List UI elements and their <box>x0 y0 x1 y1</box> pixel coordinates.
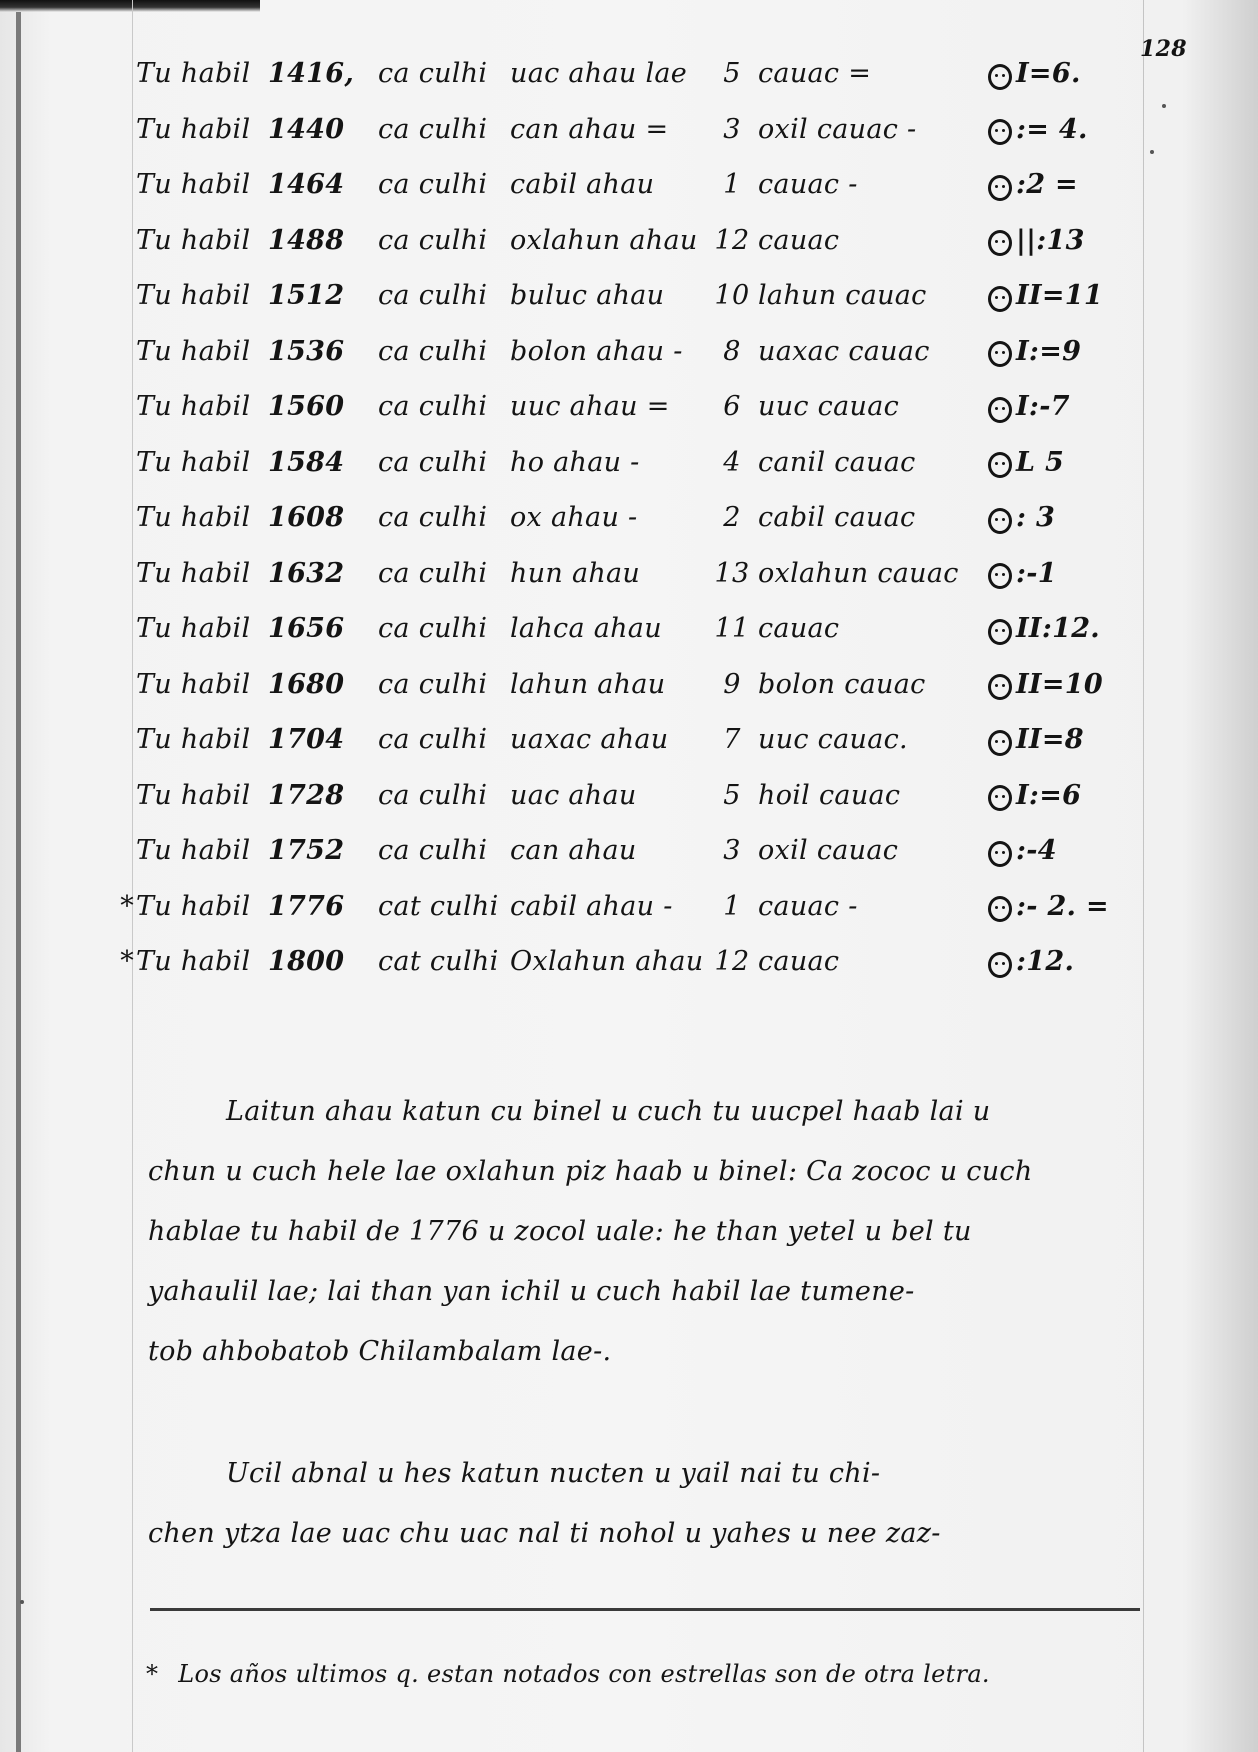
row-verb: ca culhi <box>378 280 487 311</box>
maya-day-glyph-icon <box>988 119 1012 145</box>
row-verb: ca culhi <box>378 336 487 367</box>
row-cauac: bolon cauac <box>758 669 926 700</box>
row-number: 8 <box>710 336 754 367</box>
row-label: Tu habil <box>136 558 250 589</box>
maya-day-glyph-icon <box>988 952 1012 978</box>
row-number: 3 <box>710 114 754 145</box>
table-row: Tu habil1584ca culhiho ahau -4canil caua… <box>110 447 1130 487</box>
row-verb: cat culhi <box>378 891 499 922</box>
paragraph-line: Ucil abnal u hes katun nucten u yail nai… <box>148 1444 1138 1504</box>
row-label: Tu habil <box>136 391 250 422</box>
row-number: 2 <box>710 502 754 533</box>
row-number: 12 <box>710 946 754 977</box>
glyph-notation: :12. <box>1016 946 1074 977</box>
row-ahau: uaxac ahau <box>510 724 669 755</box>
row-glyph: :-4 <box>988 835 1057 866</box>
row-glyph: :12. <box>988 946 1074 977</box>
maya-day-glyph-icon <box>988 841 1012 867</box>
row-number: 1 <box>710 169 754 200</box>
row-verb: ca culhi <box>378 780 487 811</box>
table-row: Tu habil1704ca culhiuaxac ahau7uuc cauac… <box>110 724 1130 764</box>
footnote-divider <box>150 1608 1140 1611</box>
row-label: Tu habil <box>136 502 250 533</box>
row-glyph: I:=6 <box>988 780 1081 811</box>
binding-edge <box>16 12 21 1752</box>
row-year: 1608 <box>268 502 344 533</box>
row-year: 1440 <box>268 114 344 145</box>
row-glyph: I=6. <box>988 58 1081 89</box>
row-year: 1800 <box>268 946 344 977</box>
row-ahau: can ahau = <box>510 114 668 145</box>
row-verb: ca culhi <box>378 114 487 145</box>
maya-day-glyph-icon <box>988 286 1012 312</box>
row-glyph: :- 2. = <box>988 891 1109 922</box>
row-ahau: cabil ahau <box>510 169 654 200</box>
paragraph-2: Ucil abnal u hes katun nucten u yail nai… <box>148 1444 1138 1564</box>
glyph-notation: L 5 <box>1016 447 1064 478</box>
row-number: 13 <box>710 558 754 589</box>
row-ahau: can ahau <box>510 835 637 866</box>
table-row: Tu habil1512ca culhibuluc ahau10lahun ca… <box>110 280 1130 320</box>
row-glyph: : 3 <box>988 502 1055 533</box>
paragraph-line: chen ytza lae uac chu uac nal ti nohol u… <box>148 1504 1138 1564</box>
row-ahau: ho ahau - <box>510 447 640 478</box>
row-year: 1680 <box>268 669 344 700</box>
row-glyph: := 4. <box>988 114 1088 145</box>
paragraph-1: Laitun ahau katun cu binel u cuch tu uuc… <box>148 1082 1138 1382</box>
row-glyph: I:-7 <box>988 391 1070 422</box>
row-cauac: cauac - <box>758 169 858 200</box>
row-year: 1752 <box>268 835 344 866</box>
glyph-notation: II=10 <box>1016 669 1103 700</box>
row-glyph: II:12. <box>988 613 1100 644</box>
footnote-text: Los años ultimos q. estan notados con es… <box>178 1660 990 1688</box>
glyph-notation: := 4. <box>1016 114 1088 145</box>
maya-day-glyph-icon <box>988 230 1012 256</box>
paragraph-line: chun u cuch hele lae oxlahun piz haab u … <box>148 1142 1138 1202</box>
maya-day-glyph-icon <box>988 674 1012 700</box>
row-verb: ca culhi <box>378 502 487 533</box>
row-label: Tu habil <box>136 169 250 200</box>
row-number: 12 <box>710 225 754 256</box>
table-row: Tu habil1680ca culhilahun ahau9bolon cau… <box>110 669 1130 709</box>
row-year: 1704 <box>268 724 344 755</box>
row-year: 1776 <box>268 891 344 922</box>
paragraph-line: tob ahbobatob Chilambalam lae-. <box>148 1322 1138 1382</box>
paragraph-line: hablae tu habil de 1776 u zocol uale: he… <box>148 1202 1138 1262</box>
row-label: Tu habil <box>136 613 250 644</box>
paragraph-line: yahaulil lae; lai than yan ichil u cuch … <box>148 1262 1138 1322</box>
maya-day-glyph-icon <box>988 64 1012 90</box>
row-year: 1728 <box>268 780 344 811</box>
glyph-notation: ||:13 <box>1016 225 1085 256</box>
row-label: Tu habil <box>136 225 250 256</box>
row-label: Tu habil <box>136 946 250 977</box>
row-number: 4 <box>710 447 754 478</box>
row-ahau: ox ahau - <box>510 502 637 533</box>
row-ahau: bolon ahau - <box>510 336 683 367</box>
maya-day-glyph-icon <box>988 896 1012 922</box>
row-cauac: uuc cauac <box>758 391 899 422</box>
row-ahau: cabil ahau - <box>510 891 673 922</box>
row-ahau: uac ahau lae <box>510 58 687 89</box>
glyph-notation: :-1 <box>1016 558 1057 589</box>
asterisk-icon: * <box>146 1660 158 1688</box>
row-glyph: I:=9 <box>988 336 1081 367</box>
row-ahau: uuc ahau = <box>510 391 670 422</box>
row-glyph: II=8 <box>988 724 1084 755</box>
row-glyph: :-1 <box>988 558 1057 589</box>
row-number: 1 <box>710 891 754 922</box>
row-cauac: oxlahun cauac <box>758 558 959 589</box>
row-verb: cat culhi <box>378 946 499 977</box>
row-glyph: II=10 <box>988 669 1103 700</box>
glyph-notation: :-4 <box>1016 835 1057 866</box>
row-cauac: uaxac cauac <box>758 336 930 367</box>
row-ahau: Oxlahun ahau <box>510 946 703 977</box>
row-label: Tu habil <box>136 58 250 89</box>
row-ahau: uac ahau <box>510 780 637 811</box>
table-row: Tu habil1464ca culhicabil ahau1cauac -:2… <box>110 169 1130 209</box>
maya-day-glyph-icon <box>988 785 1012 811</box>
row-cauac: cabil cauac <box>758 502 915 533</box>
row-year: 1536 <box>268 336 344 367</box>
row-ahau: oxlahun ahau <box>510 225 698 256</box>
row-label: Tu habil <box>136 891 250 922</box>
table-row: *Tu habil1800cat culhiOxlahun ahau12caua… <box>110 946 1130 986</box>
row-year: 1464 <box>268 169 344 200</box>
row-number: 10 <box>710 280 754 311</box>
right-margin-rule <box>1143 0 1144 1752</box>
glyph-notation: :- 2. = <box>1016 891 1109 922</box>
row-number: 5 <box>710 58 754 89</box>
row-verb: ca culhi <box>378 558 487 589</box>
table-row: Tu habil1488ca culhioxlahun ahau12cauac|… <box>110 225 1130 265</box>
maya-day-glyph-icon <box>988 341 1012 367</box>
paragraph-line: Laitun ahau katun cu binel u cuch tu uuc… <box>148 1082 1138 1142</box>
table-row: Tu habil1632ca culhihun ahau13oxlahun ca… <box>110 558 1130 598</box>
row-ahau: lahun ahau <box>510 669 665 700</box>
row-year: 1584 <box>268 447 344 478</box>
page-top-shadow <box>0 0 260 12</box>
table-row: Tu habil1416,ca culhiuac ahau lae5cauac … <box>110 58 1130 98</box>
row-verb: ca culhi <box>378 58 487 89</box>
row-label: Tu habil <box>136 336 250 367</box>
row-number: 5 <box>710 780 754 811</box>
glyph-notation: I:=6 <box>1016 780 1081 811</box>
row-cauac: oxil cauac <box>758 835 898 866</box>
row-verb: ca culhi <box>378 835 487 866</box>
row-number: 7 <box>710 724 754 755</box>
glyph-notation: I:=9 <box>1016 336 1081 367</box>
row-verb: ca culhi <box>378 447 487 478</box>
row-year: 1632 <box>268 558 344 589</box>
row-year: 1512 <box>268 280 344 311</box>
row-number: 3 <box>710 835 754 866</box>
row-glyph: L 5 <box>988 447 1064 478</box>
row-label: Tu habil <box>136 114 250 145</box>
row-cauac: cauac <box>758 613 839 644</box>
row-label: Tu habil <box>136 280 250 311</box>
maya-day-glyph-icon <box>988 563 1012 589</box>
row-number: 9 <box>710 669 754 700</box>
row-cauac: oxil cauac - <box>758 114 916 145</box>
row-glyph: :2 = <box>988 169 1078 200</box>
ink-speck <box>1162 104 1166 108</box>
row-glyph: ||:13 <box>988 225 1085 256</box>
ink-speck <box>1150 150 1154 154</box>
glyph-notation: II=11 <box>1016 280 1103 311</box>
page-number: 128 <box>1140 36 1187 62</box>
glyph-notation: :2 = <box>1016 169 1078 200</box>
row-star-marker: * <box>110 946 134 977</box>
row-cauac: cauac <box>758 946 839 977</box>
row-cauac: cauac = <box>758 58 871 89</box>
row-verb: ca culhi <box>378 669 487 700</box>
row-label: Tu habil <box>136 780 250 811</box>
maya-day-glyph-icon <box>988 730 1012 756</box>
row-cauac: cauac - <box>758 891 858 922</box>
row-year: 1488 <box>268 225 344 256</box>
row-ahau: hun ahau <box>510 558 640 589</box>
row-year: 1416, <box>268 58 354 89</box>
row-cauac: cauac <box>758 225 839 256</box>
glyph-notation: II=8 <box>1016 724 1084 755</box>
row-year: 1656 <box>268 613 344 644</box>
table-row: *Tu habil1776cat culhicabil ahau -1cauac… <box>110 891 1130 931</box>
row-glyph: II=11 <box>988 280 1103 311</box>
row-cauac: uuc cauac. <box>758 724 908 755</box>
row-star-marker: * <box>110 891 134 922</box>
row-ahau: lahca ahau <box>510 613 662 644</box>
glyph-notation: : 3 <box>1016 502 1055 533</box>
row-verb: ca culhi <box>378 169 487 200</box>
row-verb: ca culhi <box>378 225 487 256</box>
maya-day-glyph-icon <box>988 508 1012 534</box>
maya-day-glyph-icon <box>988 175 1012 201</box>
glyph-notation: I=6. <box>1016 58 1081 89</box>
maya-day-glyph-icon <box>988 397 1012 423</box>
footnote: * Los años ultimos q. estan notados con … <box>146 1660 990 1688</box>
table-row: Tu habil1752ca culhican ahau3oxil cauac:… <box>110 835 1130 875</box>
table-row: Tu habil1608ca culhiox ahau -2cabil caua… <box>110 502 1130 542</box>
manuscript-page: 128 Tu habil1416,ca culhiuac ahau lae5ca… <box>0 0 1258 1752</box>
glyph-notation: II:12. <box>1016 613 1100 644</box>
row-label: Tu habil <box>136 835 250 866</box>
table-row: Tu habil1440ca culhican ahau =3oxil caua… <box>110 114 1130 154</box>
row-verb: ca culhi <box>378 391 487 422</box>
row-number: 11 <box>710 613 754 644</box>
row-cauac: hoil cauac <box>758 780 900 811</box>
row-year: 1560 <box>268 391 344 422</box>
row-number: 6 <box>710 391 754 422</box>
table-row: Tu habil1536ca culhibolon ahau -8uaxac c… <box>110 336 1130 376</box>
row-verb: ca culhi <box>378 613 487 644</box>
row-cauac: canil cauac <box>758 447 916 478</box>
table-row: Tu habil1656ca culhilahca ahau11cauacII:… <box>110 613 1130 653</box>
table-row: Tu habil1728ca culhiuac ahau5hoil cauacI… <box>110 780 1130 820</box>
table-row: Tu habil1560ca culhiuuc ahau =6uuc cauac… <box>110 391 1130 431</box>
row-verb: ca culhi <box>378 724 487 755</box>
row-label: Tu habil <box>136 724 250 755</box>
maya-day-glyph-icon <box>988 452 1012 478</box>
ink-speck <box>20 1600 24 1604</box>
row-label: Tu habil <box>136 669 250 700</box>
glyph-notation: I:-7 <box>1016 391 1070 422</box>
row-label: Tu habil <box>136 447 250 478</box>
row-ahau: buluc ahau <box>510 280 664 311</box>
maya-day-glyph-icon <box>988 619 1012 645</box>
row-cauac: lahun cauac <box>758 280 927 311</box>
